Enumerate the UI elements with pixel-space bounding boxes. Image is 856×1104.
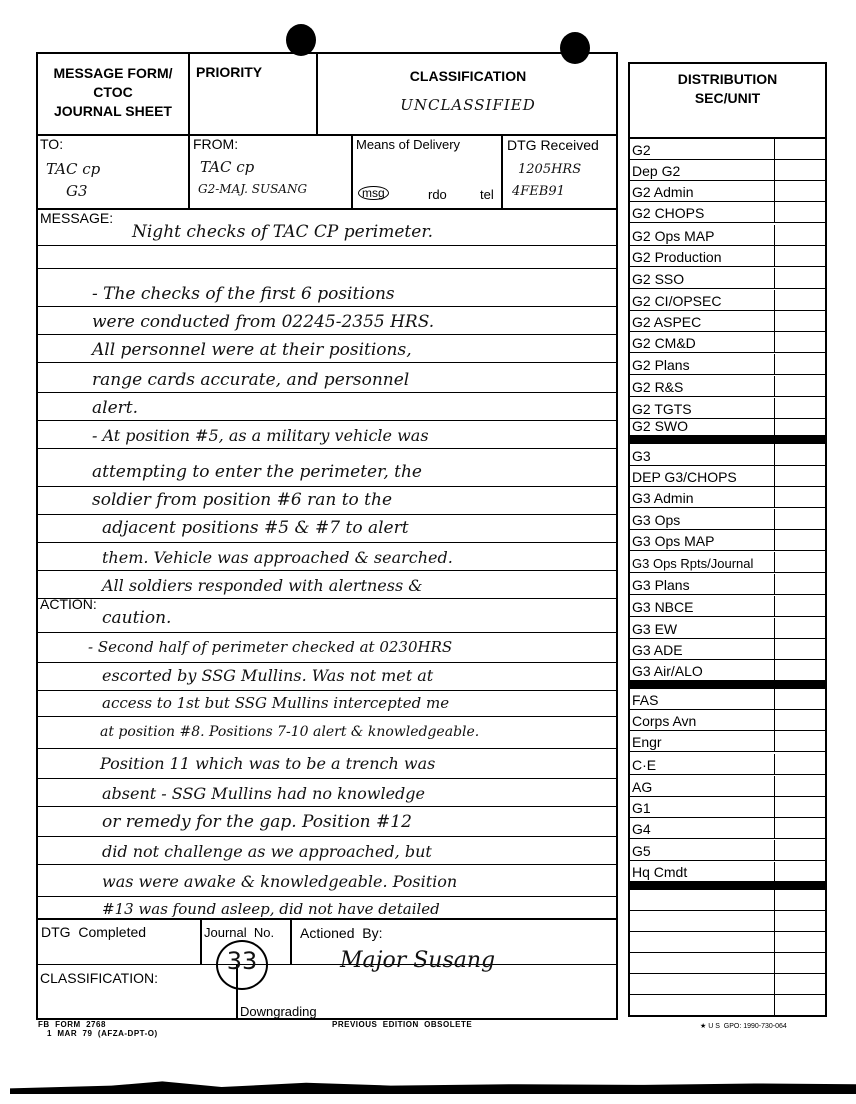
message-line[interactable]: - Second half of perimeter checked at 02…: [88, 638, 452, 656]
to-label: TO:: [40, 136, 63, 152]
distribution-checkbox[interactable]: [774, 552, 825, 572]
message-line[interactable]: were conducted from 02245-2355 HRS.: [92, 312, 434, 332]
distribution-checkbox[interactable]: [774, 398, 825, 418]
message-line[interactable]: was were awake & knowledgeable. Position: [102, 872, 457, 891]
message-line[interactable]: - The checks of the first 6 positions: [92, 284, 395, 304]
distribution-checkbox[interactable]: [774, 911, 825, 931]
distribution-row[interactable]: [630, 995, 825, 1016]
message-line[interactable]: at position #8. Positions 7-10 alert & k…: [100, 724, 479, 740]
distribution-row[interactable]: G5: [630, 840, 825, 861]
priority-label: PRIORITY: [196, 64, 262, 80]
distribution-row[interactable]: G2 TGTS: [630, 398, 825, 419]
distribution-checkbox[interactable]: [774, 418, 825, 435]
message-line[interactable]: soldier from position #6 ran to the: [92, 490, 392, 510]
message-label: MESSAGE:: [40, 210, 113, 226]
distribution-checkbox[interactable]: [774, 487, 825, 507]
distribution-checkbox[interactable]: [774, 862, 825, 881]
distribution-checkbox[interactable]: [774, 890, 825, 910]
means-of-delivery-label: Means of Delivery: [356, 137, 460, 152]
means-option-tel[interactable]: tel: [480, 187, 494, 202]
distribution-checkbox[interactable]: [774, 995, 825, 1016]
distribution-row[interactable]: G2 CHOPS: [630, 202, 825, 223]
distribution-checkbox[interactable]: [774, 202, 825, 222]
distribution-checkbox[interactable]: [774, 181, 825, 201]
form-title: MESSAGE FORM/ CTOC JOURNAL SHEET: [38, 64, 188, 121]
message-line[interactable]: or remedy for the gap. Position #12: [102, 812, 412, 832]
distribution-checkbox[interactable]: [774, 466, 825, 486]
message-line[interactable]: range cards accurate, and personnel: [92, 370, 409, 390]
dtg-received-date[interactable]: 4FEB91: [512, 184, 565, 199]
distribution-checkbox[interactable]: [774, 840, 825, 860]
distribution-row[interactable]: [630, 890, 825, 911]
distribution-row[interactable]: G3 Ops Rpts/Journal: [630, 552, 825, 573]
actioned-by-signature[interactable]: Major Susang: [340, 948, 495, 973]
classification-value[interactable]: UNCLASSIFIED: [318, 96, 618, 114]
distribution-row[interactable]: G1: [630, 797, 825, 818]
distribution-row[interactable]: G3: [630, 444, 825, 466]
distribution-checkbox[interactable]: [774, 574, 825, 594]
distribution-row[interactable]: G2 R&S: [630, 376, 825, 397]
distribution-checkbox[interactable]: [774, 596, 825, 616]
distribution-row[interactable]: [630, 953, 825, 974]
distribution-row[interactable]: G2 CI/OPSEC: [630, 290, 825, 311]
distribution-checkbox[interactable]: [774, 268, 825, 288]
distribution-checkbox[interactable]: [774, 139, 825, 159]
distribution-checkbox[interactable]: [774, 776, 825, 796]
group-divider: [630, 882, 826, 890]
distribution-row[interactable]: C·E: [630, 754, 825, 775]
distribution-checkbox[interactable]: [774, 246, 825, 266]
distribution-checkbox[interactable]: [774, 376, 825, 396]
from-line-2[interactable]: G2-MAJ. SUSANG: [198, 182, 307, 196]
distribution-row[interactable]: G2 Plans: [630, 354, 825, 375]
classification-footer-label: CLASSIFICATION:: [40, 970, 158, 986]
form-number: FB FORM 2768 1 MAR 79 (AFZA-DPT-O): [38, 1020, 158, 1038]
gpo-note: ★ U S GPO: 1990-730-064: [700, 1022, 787, 1030]
message-line[interactable]: them. Vehicle was approached & searched.: [102, 548, 453, 567]
distribution-row[interactable]: [630, 911, 825, 932]
distribution-checkbox[interactable]: [774, 509, 825, 529]
distribution-checkbox[interactable]: [774, 710, 825, 730]
distribution-row[interactable]: G3 Air/ALO: [630, 660, 825, 681]
message-line[interactable]: alert.: [92, 398, 138, 418]
message-line[interactable]: attempting to enter the perimeter, the: [92, 462, 422, 482]
distribution-row[interactable]: G2 Ops MAP: [630, 225, 825, 246]
dtg-received-label: DTG Received: [507, 137, 599, 153]
from-label: FROM:: [193, 136, 238, 152]
message-line[interactable]: absent - SSG Mullins had no knowledge: [102, 784, 425, 803]
dtg-completed-label: DTG Completed: [41, 924, 146, 940]
journal-no-label: Journal No.: [204, 925, 274, 940]
distribution-row[interactable]: [630, 932, 825, 953]
group-divider: [630, 681, 826, 689]
distribution-row[interactable]: G3 Plans: [630, 574, 825, 595]
distribution-checkbox[interactable]: [774, 225, 825, 245]
distribution-checkbox[interactable]: [774, 160, 825, 180]
message-line[interactable]: All personnel were at their positions,: [92, 340, 412, 360]
distribution-row[interactable]: G3 Ops MAP: [630, 530, 825, 551]
distribution-checkbox[interactable]: [774, 818, 825, 838]
message-line[interactable]: Night checks of TAC CP perimeter.: [132, 222, 433, 242]
message-line[interactable]: caution.: [102, 608, 171, 628]
distribution-row[interactable]: G3 NBCE: [630, 596, 825, 617]
distribution-row[interactable]: Dep G2: [630, 160, 825, 181]
previous-edition-note: PREVIOUS EDITION OBSOLETE: [332, 1020, 472, 1029]
distribution-checkbox[interactable]: [774, 354, 825, 374]
distribution-checkbox[interactable]: [774, 974, 825, 994]
to-line-2[interactable]: G3: [66, 182, 88, 200]
distribution-checkbox[interactable]: [774, 932, 825, 952]
message-line[interactable]: escorted by SSG Mullins. Was not met at: [102, 666, 433, 685]
message-line[interactable]: did not challenge as we approached, but: [102, 842, 432, 861]
distribution-checkbox[interactable]: [774, 660, 825, 680]
distribution-row[interactable]: G3 EW: [630, 618, 825, 639]
distribution-row[interactable]: G2 SSO: [630, 268, 825, 289]
message-line[interactable]: access to 1st but SSG Mullins intercepte…: [102, 694, 449, 712]
distribution-checkbox[interactable]: [774, 530, 825, 550]
actioned-by-label: Actioned By:: [300, 925, 383, 941]
scan-edge-shadow: [10, 1080, 856, 1094]
distribution-checkbox[interactable]: [774, 444, 825, 465]
classification-label: CLASSIFICATION: [318, 68, 618, 84]
distribution-row[interactable]: AG: [630, 776, 825, 797]
message-line[interactable]: - At position #5, as a military vehicle …: [92, 426, 429, 445]
distribution-checkbox[interactable]: [774, 332, 825, 352]
distribution-row[interactable]: G2: [630, 139, 825, 160]
distribution-row[interactable]: G2 Admin: [630, 181, 825, 202]
means-option-msg[interactable]: msg: [358, 186, 389, 200]
distribution-row[interactable]: G4: [630, 818, 825, 839]
distribution-checkbox[interactable]: [774, 689, 825, 709]
message-line[interactable]: #13 was found asleep, did not have detai…: [102, 900, 440, 918]
message-line[interactable]: adjacent positions #5 & #7 to alert: [102, 518, 409, 538]
distribution-row[interactable]: G2 ASPEC: [630, 311, 825, 332]
distribution-row[interactable]: Hq Cmdt: [630, 862, 825, 882]
dtg-received-time[interactable]: 1205HRS: [518, 162, 581, 177]
distribution-row[interactable]: G2 CM&D: [630, 332, 825, 353]
distribution-row[interactable]: G3 Admin: [630, 487, 825, 508]
distribution-row[interactable]: [630, 974, 825, 995]
distribution-row[interactable]: DEP G3/CHOPS: [630, 466, 825, 487]
means-option-rdo[interactable]: rdo: [428, 187, 447, 202]
distribution-checkbox[interactable]: [774, 731, 825, 751]
distribution-row[interactable]: Engr: [630, 731, 825, 752]
distribution-row[interactable]: G2 SWO: [630, 418, 825, 436]
to-line-1[interactable]: TAC cp: [46, 160, 100, 178]
distribution-checkbox[interactable]: [774, 797, 825, 817]
message-line[interactable]: All soldiers responded with alertness &: [102, 576, 423, 595]
downgrading-label: Downgrading: [240, 1004, 317, 1019]
distribution-row[interactable]: Corps Avn: [630, 710, 825, 731]
distribution-checkbox[interactable]: [774, 618, 825, 638]
distribution-checkbox[interactable]: [774, 311, 825, 331]
distribution-row[interactable]: G2 Production: [630, 246, 825, 267]
distribution-checkbox[interactable]: [774, 290, 825, 310]
message-line[interactable]: Position 11 which was to be a trench was: [100, 754, 435, 773]
distribution-row[interactable]: G3 Ops: [630, 509, 825, 530]
distribution-checkbox[interactable]: [774, 953, 825, 973]
distribution-header: DISTRIBUTION SEC/UNIT: [630, 70, 825, 108]
group-divider: [630, 436, 826, 444]
distribution-row[interactable]: G3 ADE: [630, 639, 825, 660]
distribution-row[interactable]: FAS: [630, 689, 825, 710]
distribution-checkbox[interactable]: [774, 754, 825, 774]
journal-no-value[interactable]: 33: [216, 940, 268, 990]
from-line-1[interactable]: TAC cp: [200, 158, 254, 176]
distribution-checkbox[interactable]: [774, 639, 825, 659]
